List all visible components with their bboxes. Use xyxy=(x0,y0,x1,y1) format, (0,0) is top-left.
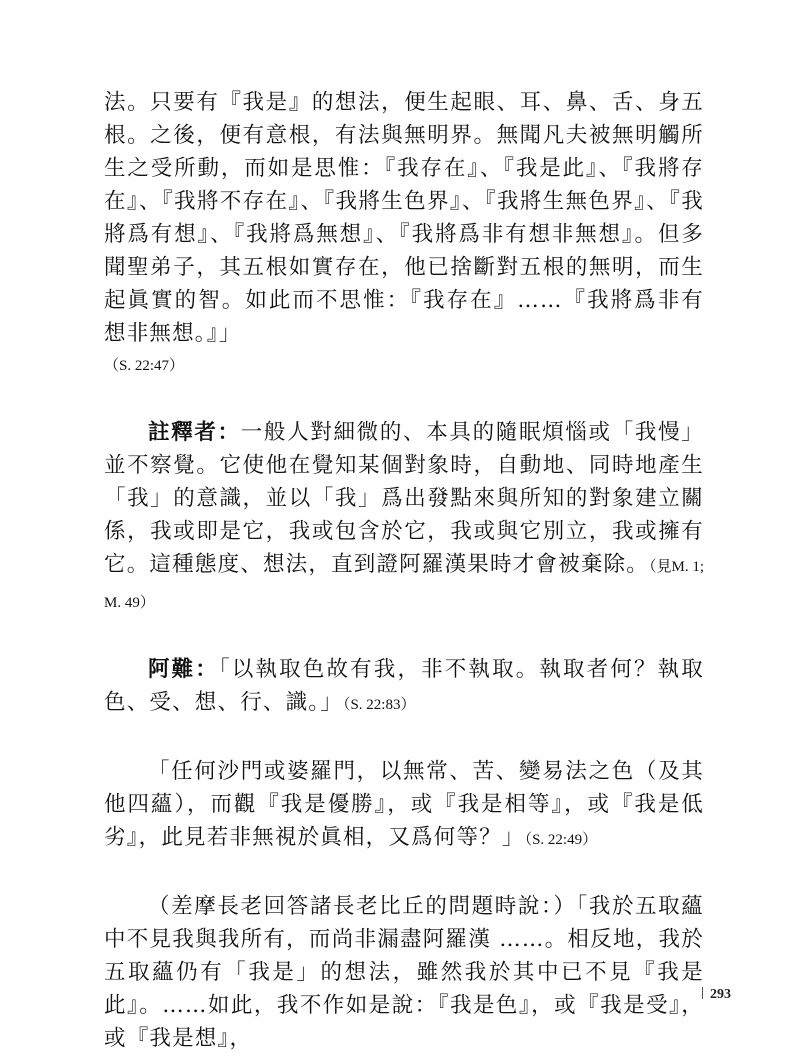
paragraph-gap xyxy=(104,383,704,416)
paragraph-text: （差摩長老回答諸長老比丘的問題時說：）「我於五取蘊中不見我與我所有，而尚非漏盡阿… xyxy=(104,894,704,1051)
page-body: 法。只要有『我是』的想法，便生起眼、耳、鼻、舌、身五根。之後，便有意根，有法與無… xyxy=(104,86,704,1055)
paragraph-gap xyxy=(104,620,704,653)
speaker-label: 註釋者： xyxy=(148,420,241,445)
paragraph-samana-brahmana: 「任何沙門或婆羅門，以無常、苦、變易法之色（及其他四蘊），而觀『我是優勝』，或『… xyxy=(104,755,704,857)
paragraph-text: 「任何沙門或婆羅門，以無常、苦、變易法之色（及其他四蘊），而觀『我是優勝』，或『… xyxy=(104,759,704,850)
citation: （S. 22:49） xyxy=(525,832,598,848)
paragraph-gap xyxy=(104,857,704,890)
page-number: 293 xyxy=(702,987,731,1003)
speaker-label: 阿難： xyxy=(148,657,219,682)
paragraph-sutta-continuation: 法。只要有『我是』的想法，便生起眼、耳、鼻、舌、身五根。之後，便有意根，有法與無… xyxy=(104,86,704,350)
citation: （S. 22:47） xyxy=(104,350,704,383)
paragraph-text: 法。只要有『我是』的想法，便生起眼、耳、鼻、舌、身五根。之後，便有意根，有法與無… xyxy=(104,90,704,346)
paragraph-gap xyxy=(104,722,704,755)
paragraph-khemaka: （差摩長老回答諸長老比丘的問題時說：）「我於五取蘊中不見我與我所有，而尚非漏盡阿… xyxy=(104,890,704,1055)
page-number-text: 293 xyxy=(710,987,731,1002)
folio-divider xyxy=(702,987,703,999)
paragraph-ananda: 阿難：「以執取色故有我，非不執取。執取者何？執取色、受、想、行、識。」（S. 2… xyxy=(104,653,704,722)
paragraph-commentator: 註釋者：一般人對細微的、本具的隨眠煩惱或「我慢」並不察覺。它使他在覺知某個對象時… xyxy=(104,416,704,620)
citation: （S. 22:83） xyxy=(343,697,416,713)
